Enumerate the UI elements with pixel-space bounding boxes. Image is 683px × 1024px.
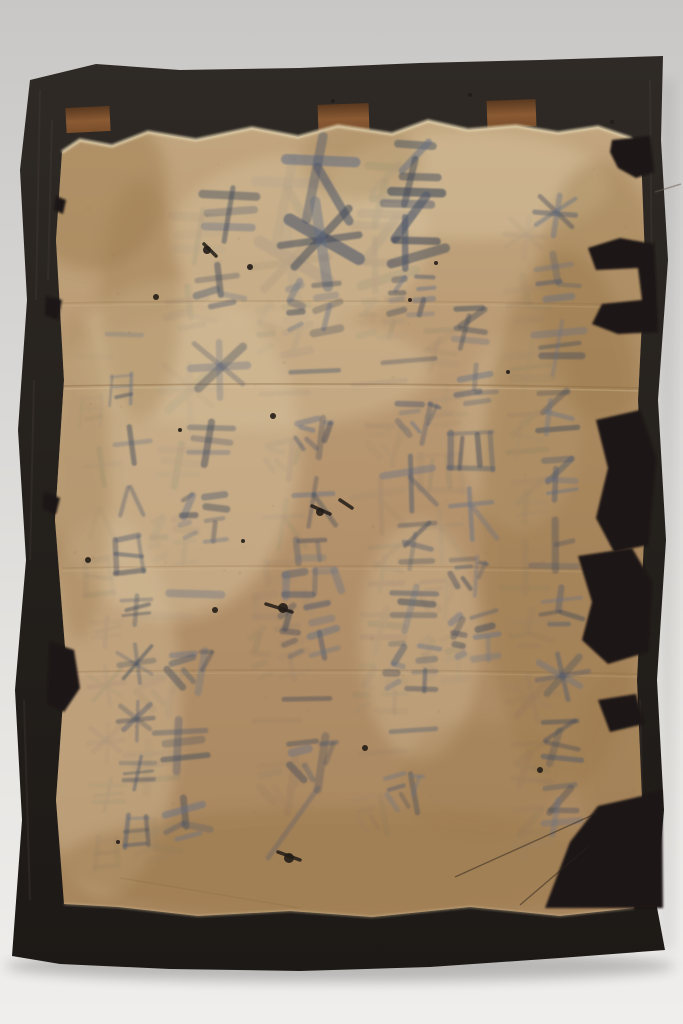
paper-speck	[523, 473, 527, 477]
ink-spot	[116, 840, 120, 844]
ink-spot	[537, 767, 543, 773]
paper-speck	[371, 524, 375, 528]
paper-speck	[391, 376, 394, 379]
paper-speck	[632, 788, 635, 791]
paper-speck	[237, 237, 240, 240]
ink-spot	[178, 428, 182, 432]
calligraphy-char	[124, 815, 149, 849]
paper-speck	[301, 851, 303, 853]
paper-speck	[547, 659, 550, 662]
mount-tab	[65, 106, 110, 133]
paper-speck	[624, 749, 626, 751]
paper-speck	[171, 802, 174, 805]
paper-speck	[120, 405, 123, 408]
paper-speck	[117, 292, 120, 295]
damage-hole	[596, 410, 656, 552]
ink-spot	[610, 120, 614, 124]
ink-spot	[270, 413, 276, 419]
paper-speck	[429, 794, 432, 797]
ink-spot	[362, 745, 368, 751]
paper-speck	[474, 891, 477, 894]
paper-speck	[445, 500, 447, 502]
calligraphy-char	[284, 697, 330, 701]
paper-speck	[165, 561, 167, 563]
mount-tab	[487, 99, 537, 128]
paper-speck	[205, 710, 206, 711]
paper-speck	[437, 710, 440, 713]
paper-speck	[603, 765, 605, 767]
ink-spot	[408, 298, 412, 302]
ink-spot	[247, 264, 253, 270]
manuscript-photograph	[0, 0, 683, 1024]
paper-speck	[392, 577, 393, 578]
paper-speck	[243, 546, 245, 548]
paper-speck	[86, 206, 90, 210]
calligraphy-char	[107, 333, 142, 336]
ink-spot	[153, 294, 159, 300]
ink-spot	[506, 370, 510, 374]
manuscript-photo	[0, 0, 683, 1024]
paper-speck	[587, 810, 590, 813]
calligraphy-char	[77, 355, 112, 358]
paper-speck	[462, 517, 464, 519]
calligraphy-char	[290, 370, 338, 372]
paper-layer	[17, 100, 665, 917]
paper-speck	[220, 259, 222, 261]
calligraphy-char	[361, 751, 406, 754]
paper-speck	[593, 168, 595, 170]
ink-spot	[241, 539, 245, 543]
paper-speck	[264, 696, 267, 699]
paper-speck	[112, 253, 116, 257]
ink-spot	[212, 607, 218, 613]
paper-speck	[623, 679, 627, 683]
paper-speck	[142, 230, 144, 232]
paper-speck	[283, 361, 286, 364]
calligraphy-char	[260, 392, 308, 394]
paper-speck	[402, 674, 405, 677]
ink-spot	[468, 93, 472, 97]
paper-speck	[73, 551, 77, 555]
ink-spot	[331, 99, 335, 103]
paper-speck	[189, 431, 190, 432]
paper-speck	[217, 163, 219, 165]
paper-speck	[502, 878, 504, 880]
paper-speck	[623, 225, 627, 229]
paper-speck	[238, 571, 242, 575]
paper-speck	[524, 441, 526, 443]
paper-speck	[272, 505, 274, 507]
paper-speck	[476, 529, 478, 531]
paper-speck	[408, 323, 411, 326]
calligraphy-char	[94, 837, 119, 871]
calligraphy-char	[169, 590, 221, 598]
calligraphy-char	[254, 719, 300, 723]
paper-speck	[252, 810, 256, 814]
ink-spot	[85, 557, 91, 563]
paper-speck	[89, 403, 92, 406]
ink-spot	[434, 261, 438, 265]
calligraphy-char	[391, 729, 436, 732]
paper-speck	[484, 550, 489, 555]
paper-speck	[306, 709, 309, 712]
